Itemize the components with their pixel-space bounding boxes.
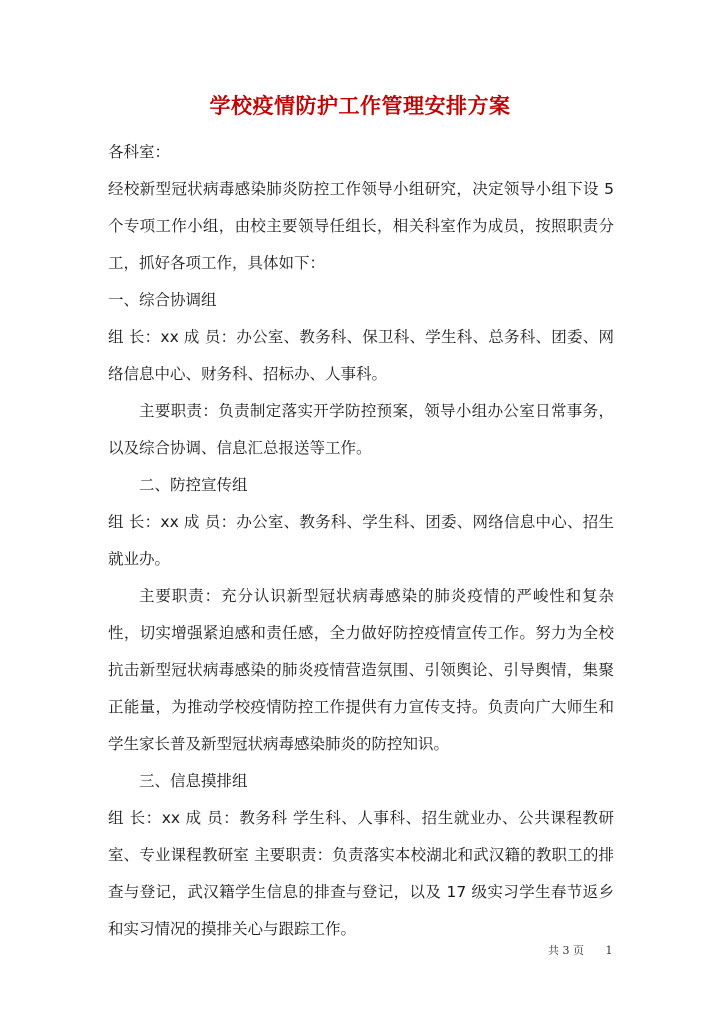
section-heading-2: 二、防控宣传组	[108, 467, 614, 504]
document-body: 各科室： 经校新型冠状病毒感染肺炎防控工作领导小组研究，决定领导小组下设 5 个…	[108, 134, 614, 948]
page-number: 1	[606, 944, 613, 957]
section-duties-2: 主要职责：充分认识新型冠状病毒感染的肺炎疫情的严峻性和复杂性，切实增强紧迫感和责…	[108, 578, 614, 763]
total-pages: 共 3 页	[548, 942, 584, 958]
section-heading-1: 一、综合协调组	[108, 282, 614, 319]
section-duties-1: 主要职责：负责制定落实开学防控预案，领导小组办公室日常事务，以及综合协调、信息汇…	[108, 393, 614, 467]
document-page: 学校疫情防护工作管理安排方案 各科室： 经校新型冠状病毒感染肺炎防控工作领导小组…	[0, 0, 720, 1020]
section-members-2: 组 长：xx 成 员：办公室、教务科、学生科、团委、网络信息中心、招生就业办。	[108, 504, 614, 578]
section-heading-3: 三、信息摸排组	[108, 763, 614, 800]
document-title: 学校疫情防护工作管理安排方案	[0, 92, 720, 120]
salutation: 各科室：	[108, 134, 614, 171]
section-members-3: 组 长：xx 成 员：教务科 学生科、人事科、招生就业办、公共课程教研室、专业课…	[108, 800, 614, 948]
page-footer: 共 3 页 1	[548, 942, 613, 958]
intro-paragraph: 经校新型冠状病毒感染肺炎防控工作领导小组研究，决定领导小组下设 5 个专项工作小…	[108, 171, 614, 282]
section-members-1: 组 长：xx 成 员：办公室、教务科、保卫科、学生科、总务科、团委、网络信息中心…	[108, 319, 614, 393]
